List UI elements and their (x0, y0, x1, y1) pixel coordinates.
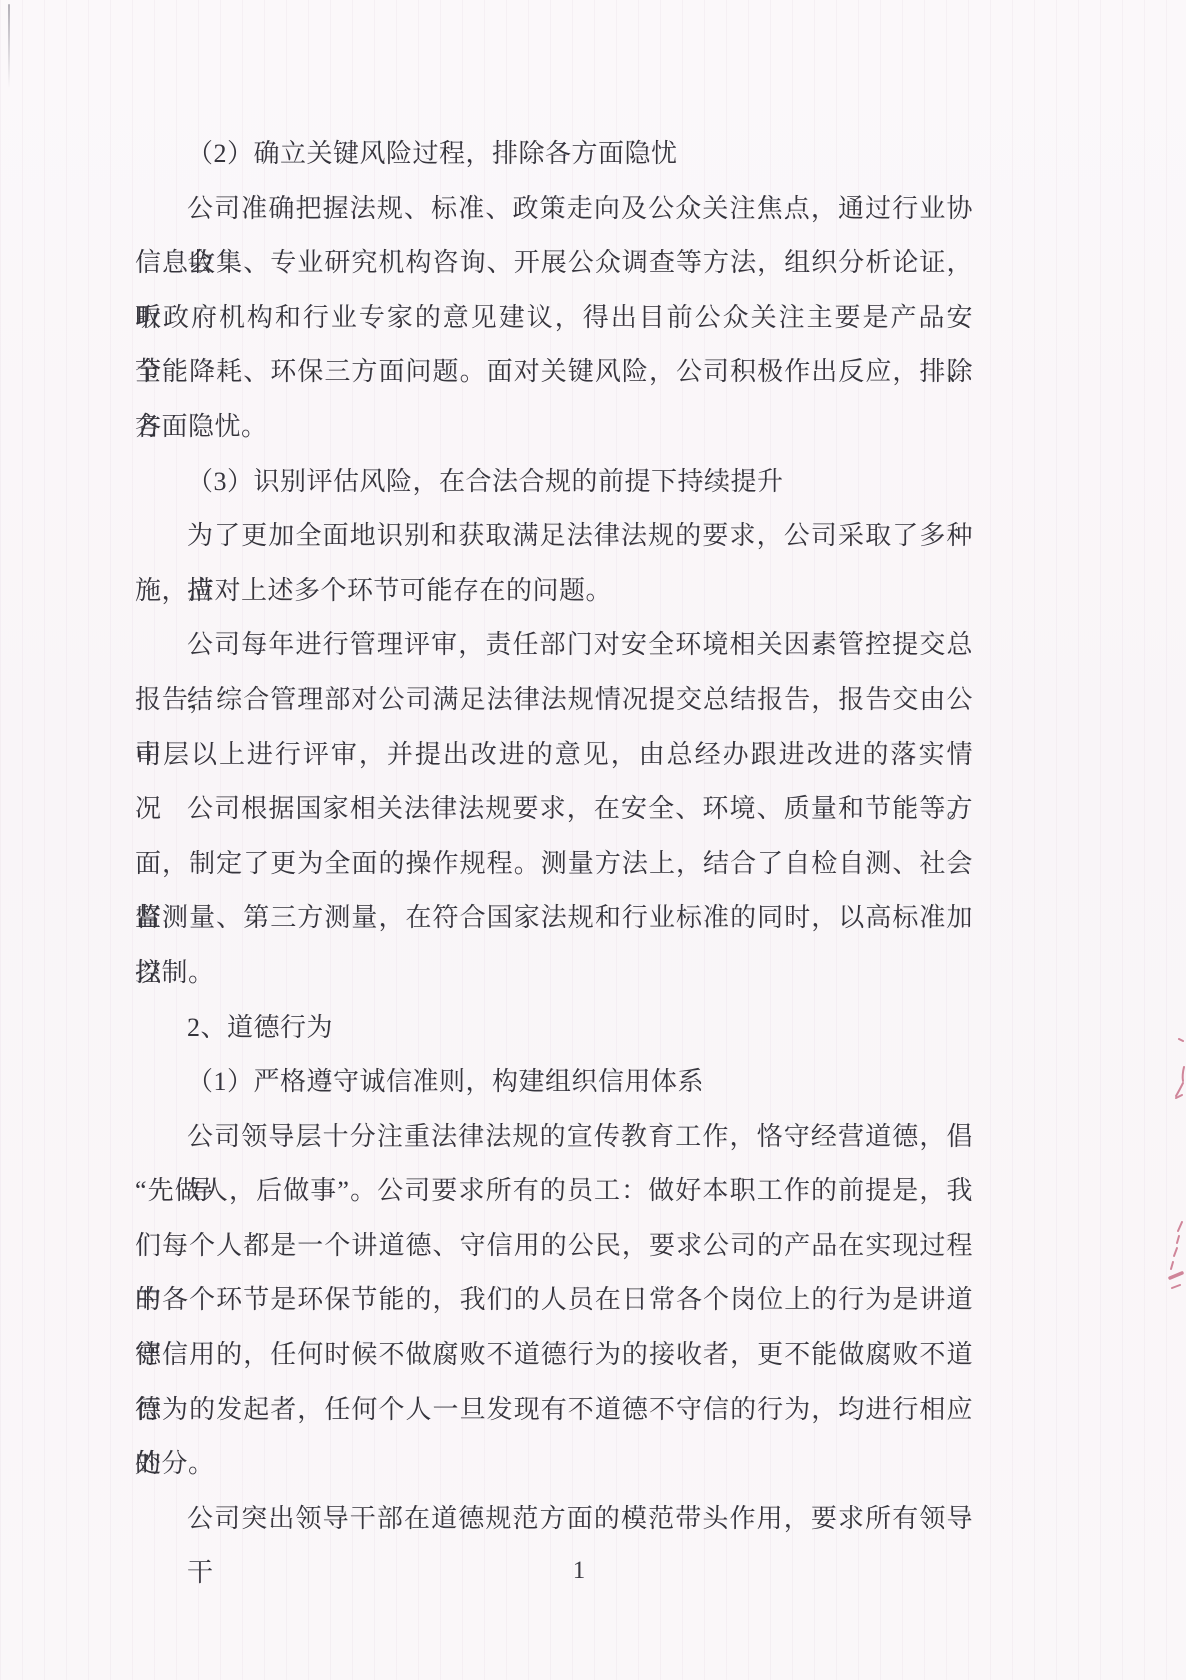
text-line: 的各个环节是环保节能的，我们的人员在日常各个岗位上的行为是讲道德 (135, 1273, 973, 1328)
text-line: “先做人，后做事”。公司要求所有的员工：做好本职工作的前提是，我 (135, 1164, 973, 1219)
text-line: 行为的发起者，任何个人一旦发现有不道德不守信的行为，均进行相应的 (135, 1383, 973, 1438)
text-line: 施，应对上述多个环节可能存在的问题。 (135, 564, 973, 619)
text-line: 公司领导层十分注重法律法规的宣传教育工作，恪守经营道德，倡导 (135, 1110, 973, 1165)
text-line: （1）严格遵守诚信准则，构建组织信用体系 (135, 1055, 973, 1110)
text-line: （3）识别评估风险，在合法合规的前提下持续提升 (135, 455, 973, 510)
text-line: 公司突出领导干部在道德规范方面的模范带头作用，要求所有领导干 (135, 1492, 973, 1547)
scan-edge-artifact (8, 4, 10, 88)
text-line: 取政府机构和行业专家的意见建议，得出目前公众关注主要是产品安全、 (135, 291, 973, 346)
text-line: 信息收集、专业研究机构咨询、开展公众调查等方法，组织分析论证，听 (135, 236, 973, 291)
document-page: （2）确立关键风险过程，排除各方面隐忧公司准确把握法规、标准、政策走向及公众关注… (0, 0, 1186, 1680)
text-line: 控制。 (135, 946, 973, 1001)
red-ink-mark-lower (1166, 1216, 1186, 1306)
text-line: 们每个人都是一个讲道德、守信用的公民，要求公司的产品在实现过程中 (135, 1219, 973, 1274)
text-line: 公司每年进行管理评审，责任部门对安全环境相关因素管控提交总结 (135, 618, 973, 673)
text-line: 处分。 (135, 1437, 973, 1492)
text-line: 公司根据国家相关法律法规要求，在安全、环境、质量和节能等方 (135, 782, 973, 837)
page-number: 1 (0, 1556, 1158, 1586)
red-ink-mark-upper (1172, 1035, 1186, 1113)
text-line: 为了更加全面地识别和获取满足法律法规的要求，公司采取了多种措 (135, 509, 973, 564)
text-line: 督测量、第三方测量，在符合国家法规和行业标准的同时，以高标准加以 (135, 891, 973, 946)
text-line: 报告，综合管理部对公司满足法律法规情况提交总结报告，报告交由公司 (135, 673, 973, 728)
text-line: 面，制定了更为全面的操作规程。测量方法上，结合了自检自测、社会监 (135, 837, 973, 892)
text-line: 守信用的，任何时候不做腐败不道德行为的接收者，更不能做腐败不道德 (135, 1328, 973, 1383)
text-line: （2）确立关键风险过程，排除各方面隐忧 (135, 127, 973, 182)
text-line: 2、道德行为 (135, 1001, 973, 1056)
text-line: 节能降耗、环保三方面问题。面对关键风险，公司积极作出反应，排除各 (135, 345, 973, 400)
text-line: 方面隐忧。 (135, 400, 973, 455)
document-body: （2）确立关键风险过程，排除各方面隐忧公司准确把握法规、标准、政策走向及公众关注… (135, 127, 973, 1546)
text-line: 公司准确把握法规、标准、政策走向及公众关注焦点，通过行业协会 (135, 182, 973, 237)
text-line: 中层以上进行评审，并提出改进的意见，由总经办跟进改进的落实情况。 (135, 728, 973, 783)
